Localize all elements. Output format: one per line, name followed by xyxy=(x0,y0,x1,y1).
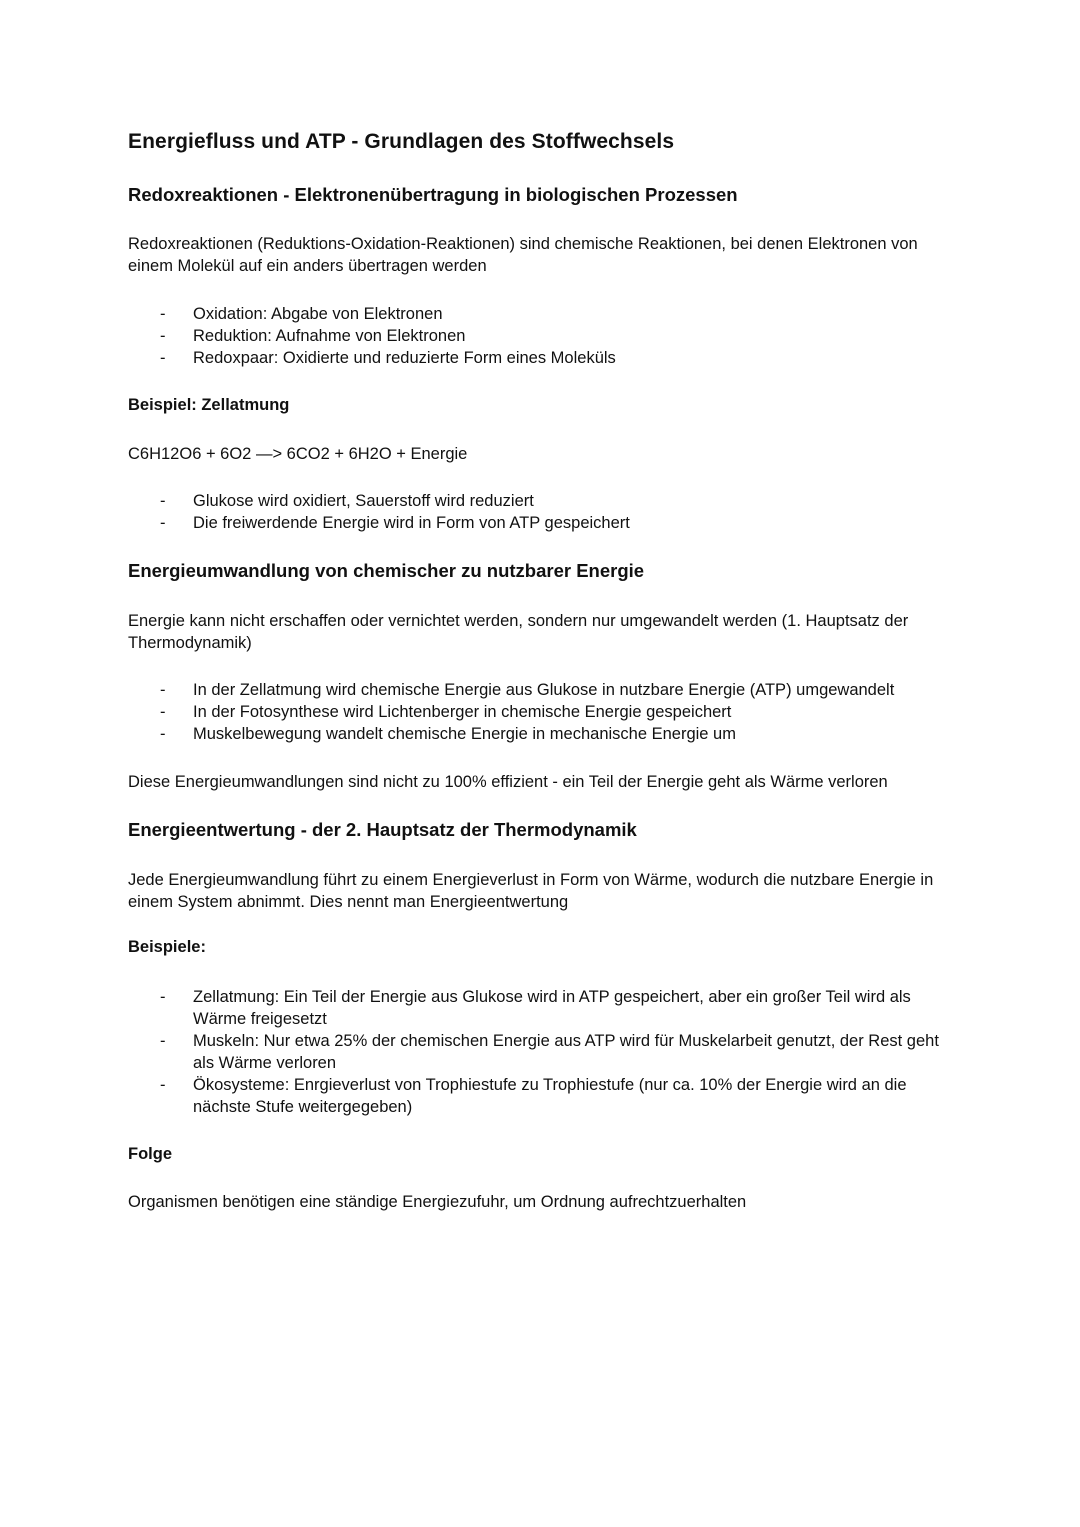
bullet-dash-icon: - xyxy=(160,512,166,534)
section-heading-energieentwertung: Energieentwertung - der 2. Hauptsatz der… xyxy=(128,819,637,841)
section-heading-energieumwandlung: Energieumwandlung von chemischer zu nutz… xyxy=(128,560,644,582)
bullet-dash-icon: - xyxy=(160,986,166,1008)
equation: C6H12O6 + 6O2 —> 6CO2 + 6H2O + Energie xyxy=(128,443,958,465)
section-heading-redox: Redoxreaktionen - Elektronenübertragung … xyxy=(128,184,738,206)
consequence-label: Folge xyxy=(128,1145,172,1164)
bullet-dash-icon: - xyxy=(160,303,166,325)
example-label: Beispiel: Zellatmung xyxy=(128,396,289,415)
bullet-dash-icon: - xyxy=(160,1074,166,1096)
paragraph-energieumwandlung-intro: Energie kann nicht erschaffen oder verni… xyxy=(128,610,958,654)
bullet-dash-icon: - xyxy=(160,490,166,512)
paragraph-consequence: Organismen benötigen eine ständige Energ… xyxy=(128,1191,958,1213)
bullet-dash-icon: - xyxy=(160,325,166,347)
document-title: Energiefluss und ATP - Grundlagen des St… xyxy=(128,130,674,154)
bullet-dash-icon: - xyxy=(160,701,166,723)
paragraph-redox-intro: Redoxreaktionen (Reduktions-Oxidation-Re… xyxy=(128,233,958,277)
paragraph-energieentwertung-intro: Jede Energieumwandlung führt zu einem En… xyxy=(128,869,958,913)
bullet-dash-icon: - xyxy=(160,347,166,369)
bullet-dash-icon: - xyxy=(160,679,166,701)
paragraph-efficiency-note: Diese Energieumwandlungen sind nicht zu … xyxy=(128,771,958,793)
examples-label: Beispiele: xyxy=(128,938,206,957)
bullet-dash-icon: - xyxy=(160,1030,166,1052)
bullet-dash-icon: - xyxy=(160,723,166,745)
